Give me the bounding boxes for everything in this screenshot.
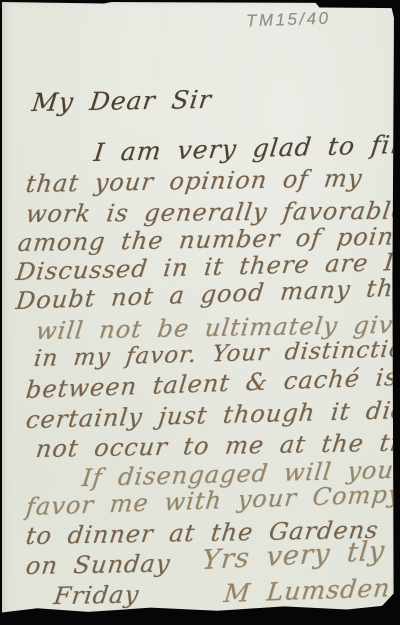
body-line-13: favor me with your Compy bbox=[25, 480, 394, 521]
letter-paper: TM15/40 My Dear Sir I am very glad to fi… bbox=[2, 2, 394, 615]
body-line-1: I am very glad to find bbox=[92, 129, 394, 167]
body-line-2: that your opinion of my bbox=[24, 164, 364, 198]
dateline: Friday bbox=[52, 581, 141, 610]
salutation: My Dear Sir bbox=[30, 85, 213, 117]
body-line-15: on Sunday bbox=[24, 549, 172, 580]
pencil-annotation: TM15/40 bbox=[246, 9, 331, 32]
signature: M Lumsden bbox=[222, 573, 391, 608]
scan-backdrop: { "colors": { "backdrop": "#060606", "pa… bbox=[0, 0, 400, 625]
